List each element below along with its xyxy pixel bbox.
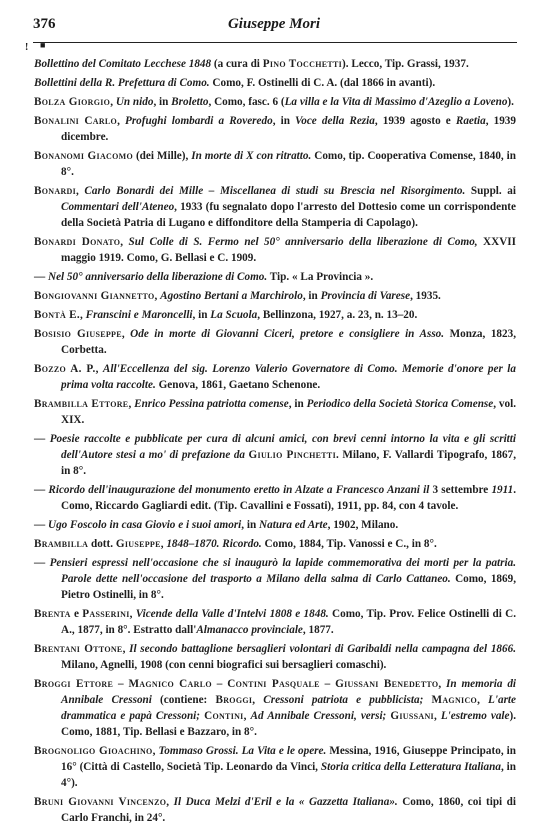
entry-author: Brambilla	[34, 538, 88, 550]
bibliography-entry: Bozzo A. P., All'Eccellenza del sig. Lor…	[34, 361, 516, 393]
header-rule	[33, 42, 517, 43]
margin-dot-icon: ■	[40, 40, 45, 50]
entry-text: ).	[507, 96, 514, 108]
entry-title: Broletto	[171, 96, 208, 108]
entry-author: Brenta	[34, 608, 71, 620]
entry-name: Giussani Benedetto	[335, 678, 438, 690]
entry-author: Brambilla Ettore	[34, 398, 128, 410]
entry-title: Ricordo dell'inaugurazione del monumento…	[48, 484, 429, 496]
entry-text: Genova, 1861, Gaetano Schenone.	[156, 379, 320, 391]
entry-author: Brentani Ottone	[34, 643, 123, 655]
page-header: 376 Giuseppe Mori	[33, 16, 515, 40]
entry-text: (a cura di	[211, 58, 263, 70]
entry-text: , in	[273, 115, 295, 127]
entry-author: Broggi Ettore	[34, 678, 113, 690]
entry-author: Brognoligo Gioachino	[34, 745, 153, 757]
entry-text: Suppl. ai	[465, 185, 516, 197]
bibliography-entry: Bonanomi Giacomo (dei Mille), In morte d…	[34, 148, 516, 180]
entry-text: —	[34, 484, 48, 496]
entry-title: Cressoni patriota e pubblicista;	[263, 694, 423, 706]
entry-text: ,	[166, 796, 173, 808]
entry-name: Pino Tocchetti	[263, 58, 342, 70]
entry-title: Tommaso Grossi. La Vita e le opere.	[158, 745, 326, 757]
entry-name: Contini Pasquale	[227, 678, 320, 690]
bibliography-entry: — Nel 50° anniversario della liberazione…	[34, 269, 516, 285]
bibliography-entry: Broggi Ettore – Magnico Carlo – Contini …	[34, 676, 516, 740]
entry-text: Como, F. Ostinelli di C. A. (dal 1866 in…	[210, 77, 436, 89]
entry-title: Ad Annibale Cressoni, versi;	[250, 710, 386, 722]
entry-text: dott.	[88, 538, 116, 550]
entry-title: Raetia	[456, 115, 486, 127]
entry-text: , in	[153, 96, 171, 108]
entry-text: , 1902, Milano.	[328, 519, 399, 531]
margin-mark-icon: !	[25, 42, 28, 53]
entry-text: ,	[252, 694, 263, 706]
bibliography-entry: Brambilla Ettore, Enrico Pessina patriot…	[34, 396, 516, 428]
entry-text: , 1939 agosto e	[375, 115, 456, 127]
entry-text: ,	[117, 115, 125, 127]
entry-title: Storia critica della Letteratura Italian…	[321, 761, 501, 773]
entry-text: 3 settembre	[429, 484, 491, 496]
entry-text: , 1877.	[303, 624, 334, 636]
entry-title: Il secondo battaglione bersaglieri volon…	[129, 643, 516, 655]
entry-title: Pensieri espressi nell'occasione che si …	[50, 557, 516, 585]
bibliography-entry: Brambilla dott. Giuseppe, 1848–1870. Ric…	[34, 536, 516, 552]
bibliography-list: Bollettino del Comitato Lecchese 1848 (a…	[34, 56, 516, 828]
entry-text: , in	[303, 290, 321, 302]
entry-text: –	[320, 678, 335, 690]
entry-text: ,	[434, 710, 441, 722]
bibliography-entry: Bonardi, Carlo Bonardi dei Mille – Misce…	[34, 183, 516, 231]
entry-text	[423, 694, 431, 706]
entry-author: Bongiovanni Giannetto	[34, 290, 155, 302]
entry-title: Commentari dell'Ateneo	[61, 201, 174, 213]
bibliography-entry: Bongiovanni Giannetto, Agostino Bertani …	[34, 288, 516, 304]
entry-title: Franscini e Maroncelli	[86, 309, 193, 321]
bibliography-entry: — Poesie raccolte e pubblicate per cura …	[34, 431, 516, 479]
entry-text: –	[113, 678, 128, 690]
entry-name: Magnico	[432, 694, 478, 706]
entry-title: In morte di X con ritratto.	[191, 150, 311, 162]
entry-author: Bozzo A. P.	[34, 363, 96, 375]
entry-title: Carlo Bonardi dei Mille – Miscellanea di…	[84, 185, 465, 197]
entry-text: —	[34, 433, 50, 445]
entry-author: Bruni Giovanni Vincenzo	[34, 796, 166, 808]
bibliography-entry: Bosisio Giuseppe, Ode in morte di Giovan…	[34, 326, 516, 358]
entry-title: Il Duca Melzi d'Eril e la « Gazzetta Ita…	[174, 796, 398, 808]
entry-title: Periodico della Società Storica Comense	[307, 398, 494, 410]
entry-title: Un nido	[116, 96, 154, 108]
entry-title: 1911	[491, 484, 513, 496]
entry-author: Bontà E.	[34, 309, 80, 321]
entry-text: , 1935.	[410, 290, 441, 302]
bibliography-entry: Bonardi Donato, Sul Colle di S. Fermo ne…	[34, 234, 516, 266]
running-title: Giuseppe Mori	[33, 16, 515, 33]
entry-title: L'estremo vale	[441, 710, 510, 722]
entry-author: Bonalini Carlo	[34, 115, 117, 127]
entry-text: ). Lecco, Tip. Grassi, 1937.	[342, 58, 469, 70]
bibliography-entry: Bollettini della R. Prefettura di Como. …	[34, 75, 516, 91]
entry-text: , in	[241, 519, 259, 531]
entry-title: La Scuola	[210, 309, 257, 321]
entry-text: Como, 1884, Tip. Vanossi e C., in 8°.	[262, 538, 437, 550]
bibliography-entry: — Pensieri espressi nell'occasione che s…	[34, 555, 516, 603]
entry-title: Bollettino del Comitato Lecchese 1848	[34, 58, 211, 70]
entry-title: Profughi lombardi a Roveredo	[125, 115, 273, 127]
entry-title: Sul Colle di S. Fermo nel 50° anniversar…	[128, 236, 477, 248]
entry-name: Contini	[204, 710, 244, 722]
entry-text: ,	[438, 678, 446, 690]
entry-name: Passerini	[82, 608, 129, 620]
bibliography-entry: Brentani Ottone, Il secondo battaglione …	[34, 641, 516, 673]
entry-author: Bonardi	[34, 185, 76, 197]
entry-text: Milano, Agnelli, 1908 (con cenni biograf…	[61, 659, 386, 671]
bibliography-entry: Brognoligo Gioachino, Tommaso Grossi. La…	[34, 743, 516, 791]
entry-title: 1848–1870. Ricordo.	[166, 538, 261, 550]
entry-title: Ugo Foscolo in casa Giovio e i suoi amor…	[48, 519, 241, 531]
entry-text: —	[34, 519, 48, 531]
entry-text: ,	[477, 694, 488, 706]
entry-text: , Como, fasc. 6 (	[208, 96, 284, 108]
entry-author: Bonardi Donato	[34, 236, 120, 248]
bibliography-entry: Bollettino del Comitato Lecchese 1848 (a…	[34, 56, 516, 72]
entry-title: Agostino Bertani a Marchirolo	[160, 290, 303, 302]
entry-title: Enrico Pessina patriotta comense	[134, 398, 289, 410]
entry-title: Ode in morte di Giovanni Ciceri, pretore…	[130, 328, 444, 340]
entry-title: Almanacco provinciale	[196, 624, 303, 636]
bibliography-entry: Bontà E., Franscini e Maroncelli, in La …	[34, 307, 516, 323]
entry-text: Tip. « La Provincia ».	[267, 271, 373, 283]
entry-title: Voce della Rezia	[295, 115, 375, 127]
entry-author: Bosisio Giuseppe	[34, 328, 122, 340]
entry-text: ,	[96, 363, 103, 375]
bibliography-entry: — Ugo Foscolo in casa Giovio e i suoi am…	[34, 517, 516, 533]
book-page: 376 Giuseppe Mori ! ■ Bollettino del Com…	[0, 0, 550, 828]
entry-name: Giulio Pinchetti	[249, 449, 336, 461]
entry-title: Natura ed Arte	[259, 519, 328, 531]
entry-text: (dei Mille),	[133, 150, 191, 162]
entry-author: Bonanomi Giacomo	[34, 150, 133, 162]
entry-title: La villa e la Vita di Massimo d'Azeglio …	[285, 96, 508, 108]
entry-title: Nel 50° anniversario della liberazione d…	[48, 271, 267, 283]
entry-title: Provincia di Varese	[321, 290, 411, 302]
entry-name: Broggi	[215, 694, 252, 706]
entry-text: , in	[289, 398, 307, 410]
bibliography-entry: Bolza Giorgio, Un nido, in Broletto, Com…	[34, 94, 516, 110]
bibliography-entry: Bonalini Carlo, Profughi lombardi a Rove…	[34, 113, 516, 145]
bibliography-entry: — Ricordo dell'inaugurazione del monumen…	[34, 482, 516, 514]
bibliography-entry: Bruni Giovanni Vincenzo, Il Duca Melzi d…	[34, 794, 516, 826]
entry-name: Magnico Carlo	[128, 678, 211, 690]
entry-text: —	[34, 557, 50, 569]
entry-text: (contiene:	[152, 694, 216, 706]
entry-text: , Bellinzona, 1927, a. 23, n. 13–20.	[257, 309, 417, 321]
entry-title: Bollettini della R. Prefettura di Como.	[34, 77, 210, 89]
entry-title: Vicende della Valle d'Intelvi 1808 e 184…	[136, 608, 329, 620]
entry-text: e	[71, 608, 83, 620]
entry-text: —	[34, 271, 48, 283]
entry-name: Giussani	[390, 710, 434, 722]
entry-text: ,	[122, 328, 130, 340]
bibliography-entry: Brenta e Passerini, Vicende della Valle …	[34, 606, 516, 638]
entry-text: –	[212, 678, 227, 690]
entry-name: Giuseppe	[116, 538, 161, 550]
entry-author: Bolza Giorgio	[34, 96, 110, 108]
entry-text: , in	[193, 309, 211, 321]
